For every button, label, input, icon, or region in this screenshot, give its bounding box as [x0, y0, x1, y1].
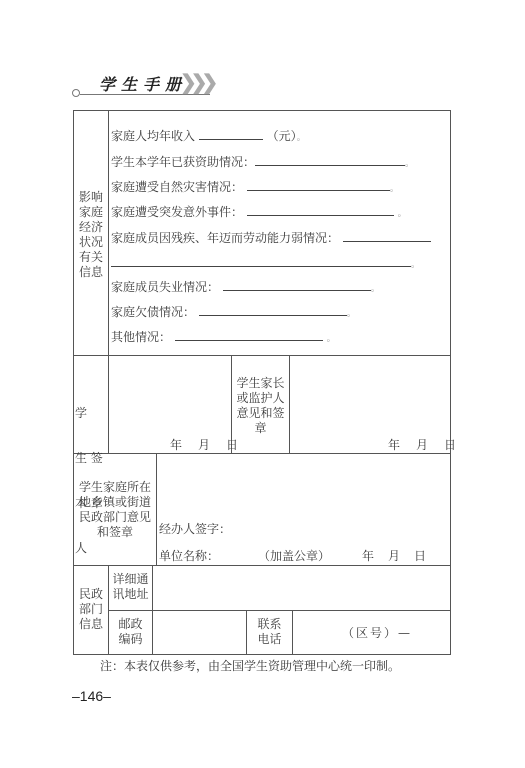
phone-input[interactable]: （区号）— [342, 625, 412, 641]
row-divider [73, 453, 451, 454]
label-line: 学生家庭所在 [75, 480, 155, 495]
table-border-left [73, 110, 74, 654]
disability-input[interactable] [343, 229, 431, 242]
civil-affairs-opinion-label: 学生家庭所在 地乡镇或街道 民政部门意见 和签章 [75, 480, 155, 540]
page-number: –146– [72, 688, 111, 704]
civil-affairs-date: 年 月 日 [362, 548, 427, 564]
field-label: 家庭人均年收入 [111, 129, 195, 143]
address-input[interactable] [154, 567, 448, 609]
label-line: 邮政 [109, 617, 152, 632]
field-debt: 家庭欠债情况： 。 [111, 303, 356, 322]
label-line: 章 [232, 421, 289, 436]
label-line: 有关 [76, 250, 106, 265]
field-disability: 家庭成员因残疾、年迈而劳动能力弱情况： [111, 229, 431, 246]
label-line: 电话 [247, 632, 292, 647]
guardian-signature-label: 学生家长 或监护人 意见和签 章 [232, 376, 289, 436]
table-border-top [73, 110, 451, 111]
col-divider [156, 453, 157, 565]
natural-disaster-input[interactable] [247, 178, 390, 191]
col-divider [152, 565, 153, 654]
field-household-income: 家庭人均年收入 （元）。 [111, 127, 306, 146]
unit-label: （元） [267, 129, 297, 143]
label-line: 部门 [75, 602, 107, 617]
field-label: 其他情况： [111, 330, 171, 344]
col-divider [108, 110, 109, 453]
period: 。 [405, 159, 414, 169]
label-line: 意见和签 [232, 406, 289, 421]
period: 。 [398, 209, 407, 219]
period: 。 [347, 309, 356, 319]
unemployment-input[interactable] [223, 278, 371, 291]
field-label: 家庭成员失业情况： [111, 280, 219, 294]
label-line: 详细通 [109, 572, 152, 587]
field-label: 家庭欠债情况： [111, 305, 195, 319]
period: 。 [411, 260, 420, 270]
period: 。 [390, 184, 399, 194]
label-line: 学 [75, 406, 107, 421]
field-natural-disaster: 家庭遭受自然灾害情况： 。 [111, 178, 399, 197]
field-accident: 家庭遭受突发意外事件： 。 [111, 203, 407, 222]
unit-name-label: 单位名称： [159, 548, 219, 564]
period: 。 [371, 284, 380, 294]
label-line: 民政 [75, 587, 107, 602]
label-line: 讯地址 [109, 587, 152, 602]
label-line: 民政部门意见 [75, 510, 155, 525]
label-line: 学生家长 [232, 376, 289, 391]
col-divider [289, 355, 290, 453]
economic-section-label: 影响 家庭 经济 状况 有关 信息 [76, 190, 106, 280]
field-aid-received: 学生本学年已获资助情况：。 [111, 153, 414, 172]
label-line: 人 [75, 541, 107, 556]
label-line: 信息 [75, 617, 107, 632]
accident-input[interactable] [247, 203, 394, 216]
period: 。 [297, 133, 306, 143]
label-line: 编码 [109, 632, 152, 647]
page-header: 学生手册 ❯❯❯ [72, 70, 212, 100]
field-label: 学生本学年已获资助情况： [111, 155, 255, 169]
label-line: 联系 [247, 617, 292, 632]
student-signature-area[interactable] [110, 357, 230, 437]
field-label: 家庭成员因残疾、年迈而劳动能力弱情况： [111, 231, 339, 245]
col-divider [292, 610, 293, 654]
guardian-signature-area[interactable] [291, 357, 449, 437]
row-divider [73, 355, 451, 356]
table-border-right [450, 110, 451, 654]
address-label: 详细通 讯地址 [109, 572, 152, 602]
period: 。 [327, 334, 336, 344]
chevron-right-icon: ❯❯❯ [180, 70, 212, 94]
postcode-label: 邮政 编码 [109, 617, 152, 647]
handler-signature-label: 经办人签字： [159, 521, 231, 537]
label-line: 信息 [76, 265, 106, 280]
official-seal-label: （加盖公章） [258, 548, 330, 564]
label-line: 或监护人 [232, 391, 289, 406]
label-line: 影响 [76, 190, 106, 205]
other-input[interactable] [175, 328, 323, 341]
field-unemployment: 家庭成员失业情况： 。 [111, 278, 380, 297]
table-border-bottom [73, 654, 451, 655]
student-signature-date: 年 月 日 [170, 437, 240, 453]
label-line: 经济 [76, 220, 106, 235]
field-disability-continued: 。 [111, 254, 420, 273]
debt-input[interactable] [199, 303, 347, 316]
civil-affairs-info-label: 民政 部门 信息 [75, 587, 107, 632]
postcode-input[interactable] [154, 612, 245, 653]
label-line: 地乡镇或街道 [75, 495, 155, 510]
civil-affairs-opinion-area[interactable] [158, 455, 448, 515]
header-title: 学生手册 [99, 72, 187, 95]
label-line: 生 签 [75, 451, 107, 466]
label-line: 家庭 [76, 205, 106, 220]
field-other: 其他情况： 。 [111, 328, 336, 347]
guardian-signature-date: 年 月 日 [388, 437, 458, 453]
phone-label: 联系 电话 [247, 617, 292, 647]
student-signature-label: 学 生 签 本 章 人 [75, 376, 107, 571]
label-line: 和签章 [75, 525, 155, 540]
aid-received-input[interactable] [255, 153, 405, 166]
header-dot-icon [72, 89, 80, 97]
footer-note: 注：本表仅供参考，由全国学生资助管理中心统一印制。 [100, 657, 400, 674]
field-label: 家庭遭受突发意外事件： [111, 205, 243, 219]
row-divider [108, 610, 451, 611]
row-divider [73, 565, 451, 566]
income-input[interactable] [199, 127, 263, 140]
label-line: 状况 [76, 235, 106, 250]
disability-input-line2[interactable] [111, 254, 411, 267]
field-label: 家庭遭受自然灾害情况： [111, 180, 243, 194]
